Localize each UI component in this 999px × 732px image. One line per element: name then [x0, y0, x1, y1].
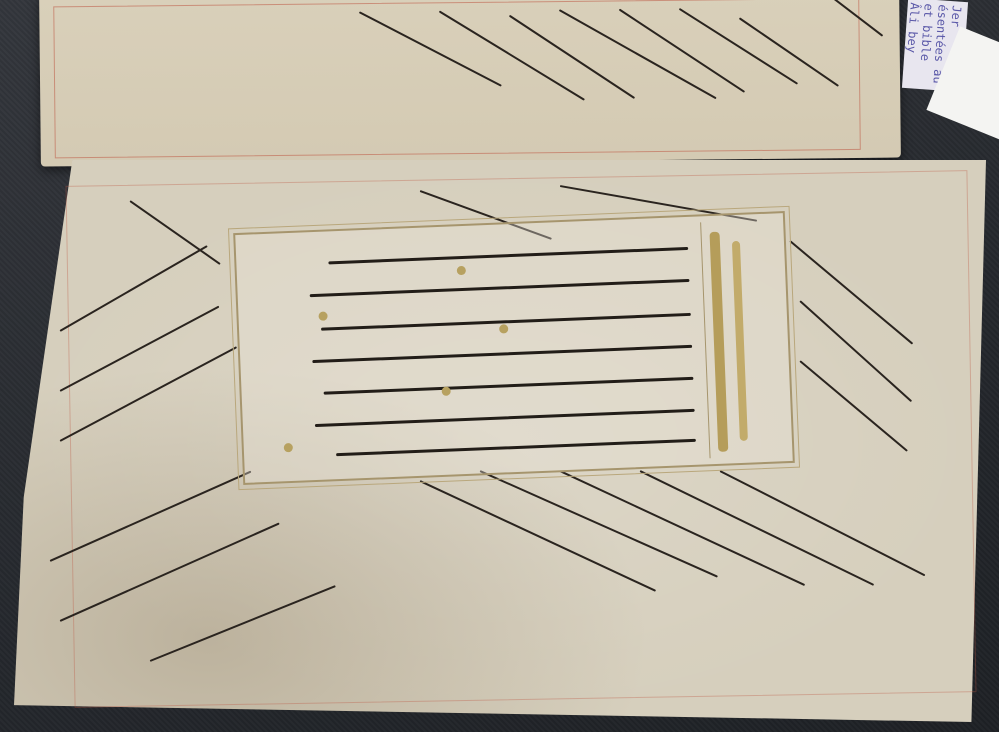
gold-verse-marker — [284, 443, 293, 452]
text-line — [324, 377, 694, 395]
gold-verse-marker — [442, 387, 451, 396]
text-line — [310, 279, 690, 297]
text-line — [315, 409, 695, 427]
gold-verse-marker — [499, 324, 508, 333]
gold-verse-marker — [457, 266, 466, 275]
upper-manuscript-page — [39, 0, 901, 166]
text-line — [328, 247, 688, 264]
gold-heading-script — [710, 232, 729, 452]
gold-verse-marker — [318, 311, 327, 320]
text-line — [312, 345, 692, 363]
framed-text-panel — [233, 211, 795, 485]
gold-heading-script — [732, 241, 748, 441]
text-line — [336, 439, 696, 456]
gilt-title-band — [700, 219, 786, 458]
